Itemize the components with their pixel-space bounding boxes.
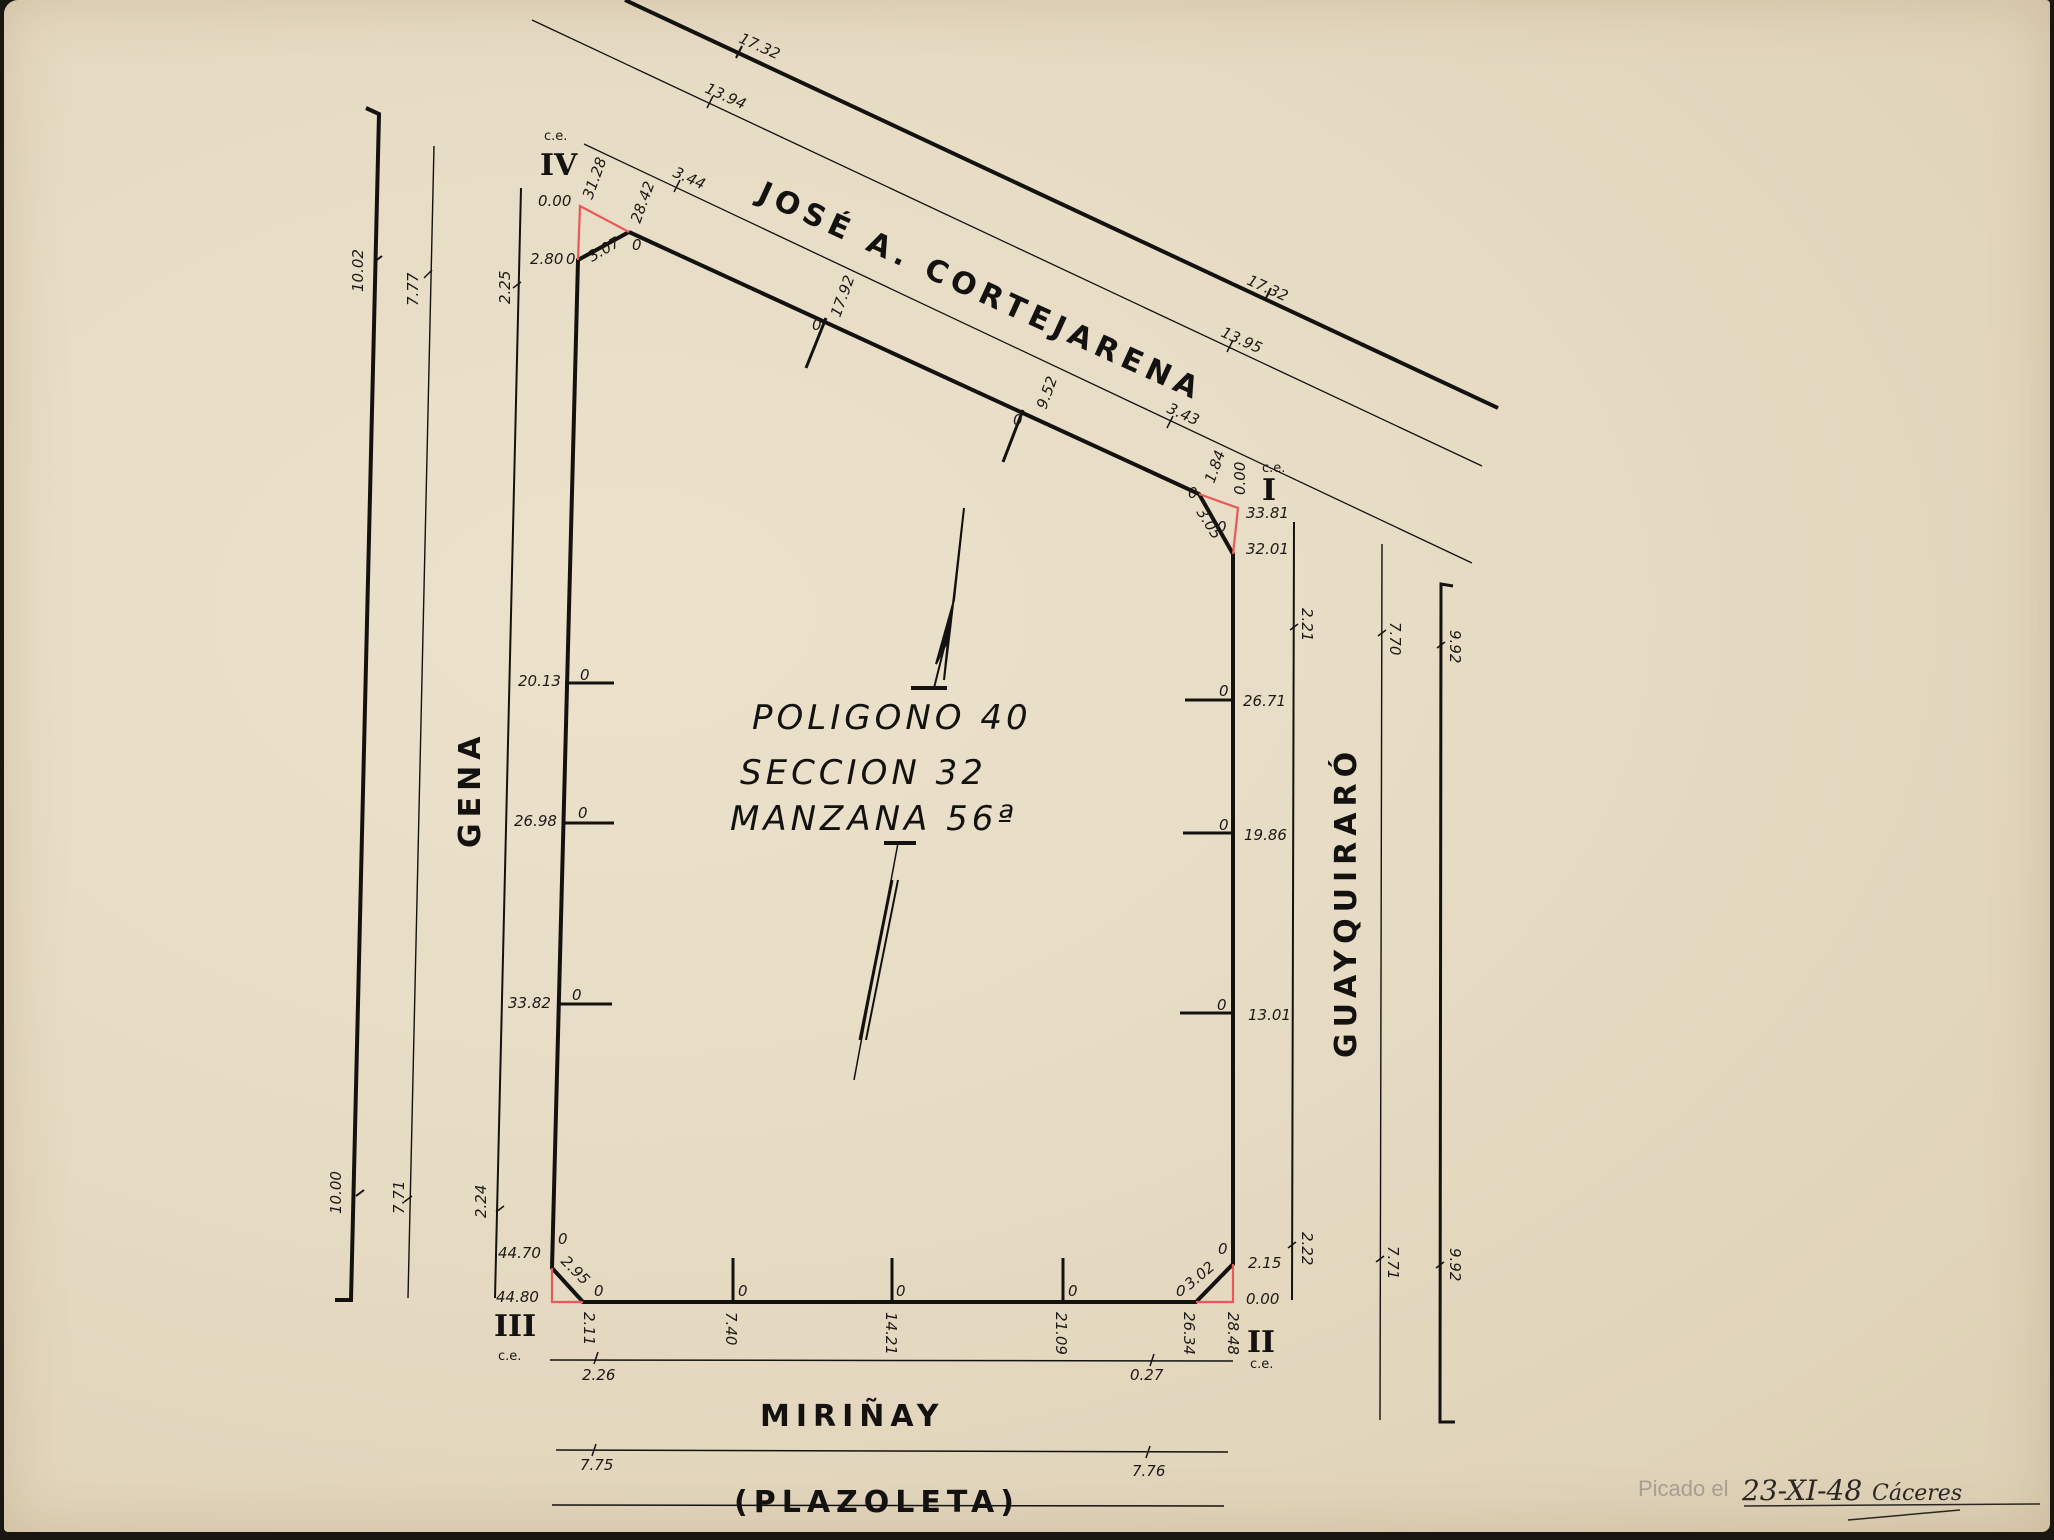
south-arrow-icon [854,843,916,1080]
svg-text:0: 0 [738,1282,748,1300]
svg-text:2.80: 2.80 [530,250,563,268]
corner-I: c.e. I [1262,461,1285,508]
title-poligono: POLIGONO 40 [752,698,1032,738]
svg-text:31.28: 31.28 [579,155,611,202]
svg-text:II: II [1247,1325,1275,1360]
east-measurements: 33.81 32.01 26.71 19.86 13.01 2.15 0.00 … [1176,504,1464,1308]
north-arrow-icon [911,508,964,688]
svg-text:9.92: 9.92 [1446,1248,1464,1281]
svg-text:13.01: 13.01 [1248,1006,1291,1024]
svg-text:7.40: 7.40 [722,1312,740,1345]
svg-text:2.26: 2.26 [582,1366,615,1384]
svg-text:0: 0 [1217,518,1227,536]
street-name-north: JOSÉ A. CORTEJARENA [751,174,1209,409]
svg-text:2.11: 2.11 [580,1312,598,1345]
corner-II: II c.e. [1247,1325,1275,1372]
stamp-label: Picado el [1638,1476,1729,1501]
svg-text:0: 0 [578,804,588,822]
svg-text:2.15: 2.15 [1248,1254,1281,1272]
svg-text:0.27: 0.27 [1130,1366,1164,1384]
svg-text:IV: IV [540,148,578,183]
svg-text:0: 0 [558,1230,568,1248]
stamp-date: 23-XI-48 [1741,1474,1862,1507]
svg-text:13.94: 13.94 [702,79,749,113]
svg-text:0: 0 [1219,816,1229,834]
svg-text:7.75: 7.75 [580,1456,613,1474]
title-seccion: SECCION 32 [740,753,987,793]
svg-text:0: 0 [594,1282,604,1300]
svg-text:10.00: 10.00 [327,1171,345,1214]
svg-text:0: 0 [566,250,576,268]
svg-text:33.82: 33.82 [508,994,551,1012]
svg-text:9.52: 9.52 [1033,374,1061,412]
svg-text:0: 0 [812,316,822,334]
svg-text:13.95: 13.95 [1218,323,1265,357]
svg-text:c.e.: c.e. [544,129,567,144]
svg-text:2.25: 2.25 [496,271,514,304]
svg-text:0: 0 [1218,1240,1228,1258]
svg-text:14.21: 14.21 [882,1312,900,1355]
street-name-south-secondary: (PLAZOLETA) [734,1485,1020,1520]
svg-text:1.84: 1.84 [1201,448,1229,486]
svg-text:21.09: 21.09 [1052,1312,1070,1355]
street-name-south: MIRIÑAY [760,1397,944,1434]
corner-III: III c.e. [494,1309,536,1364]
svg-text:0.00: 0.00 [1231,462,1249,495]
svg-text:33.81: 33.81 [1246,504,1289,522]
svg-text:32.01: 32.01 [1246,540,1289,558]
svg-text:2.95: 2.95 [557,1252,593,1288]
svg-text:9.92: 9.92 [1446,630,1464,663]
title-manzana: MANZANA 56ª [730,799,1017,839]
svg-text:0: 0 [1176,1282,1186,1300]
svg-text:26.98: 26.98 [514,812,557,830]
svg-text:0: 0 [1068,1282,1078,1300]
svg-text:0: 0 [632,236,642,254]
cadastral-plan: POLIGONO 40 SECCION 32 MANZANA 56ª JOSÉ … [0,0,2054,1540]
svg-text:0.00: 0.00 [538,192,571,210]
stamp-signature: Cáceres [1872,1481,1962,1506]
svg-text:44.80: 44.80 [496,1288,539,1306]
svg-text:26.71: 26.71 [1243,692,1286,710]
svg-text:0: 0 [1013,411,1023,429]
svg-text:0: 0 [1219,682,1229,700]
svg-text:17.32: 17.32 [736,29,783,63]
svg-text:0: 0 [1217,996,1227,1014]
street-name-west: GENA [453,731,488,848]
svg-text:III: III [494,1309,536,1344]
punch-stamp: Picado el 23-XI-48 Cáceres [1638,1474,2040,1520]
svg-text:7.77: 7.77 [404,272,422,306]
svg-text:c.e.: c.e. [1250,1357,1273,1372]
svg-text:2.22: 2.22 [1298,1232,1316,1265]
svg-text:28.42: 28.42 [627,179,659,226]
svg-text:7.71: 7.71 [390,1181,408,1214]
svg-text:7.71: 7.71 [1384,1246,1402,1279]
north-street-lines [532,0,1498,563]
svg-text:7.70: 7.70 [1386,622,1404,655]
svg-text:7.76: 7.76 [1132,1462,1165,1480]
svg-text:19.86: 19.86 [1244,826,1287,844]
svg-text:I: I [1262,473,1276,508]
corner-IV: c.e. IV [540,129,578,183]
svg-text:17.92: 17.92 [827,273,859,320]
street-name-east: GUAYQUIRARÓ [1327,746,1364,1058]
svg-text:0: 0 [1188,484,1198,502]
svg-text:2.21: 2.21 [1298,608,1316,641]
svg-text:44.70: 44.70 [498,1244,541,1262]
svg-text:28.48: 28.48 [1224,1312,1242,1355]
svg-text:2.24: 2.24 [472,1185,490,1218]
svg-text:0.00: 0.00 [1246,1290,1279,1308]
svg-text:20.13: 20.13 [518,672,561,690]
svg-text:c.e.: c.e. [498,1349,521,1364]
svg-text:10.02: 10.02 [349,249,367,292]
svg-text:0: 0 [580,666,590,684]
svg-text:26.34: 26.34 [1180,1312,1198,1355]
svg-text:0: 0 [896,1282,906,1300]
east-street-lines [1288,522,1455,1422]
svg-text:0: 0 [572,986,582,1004]
